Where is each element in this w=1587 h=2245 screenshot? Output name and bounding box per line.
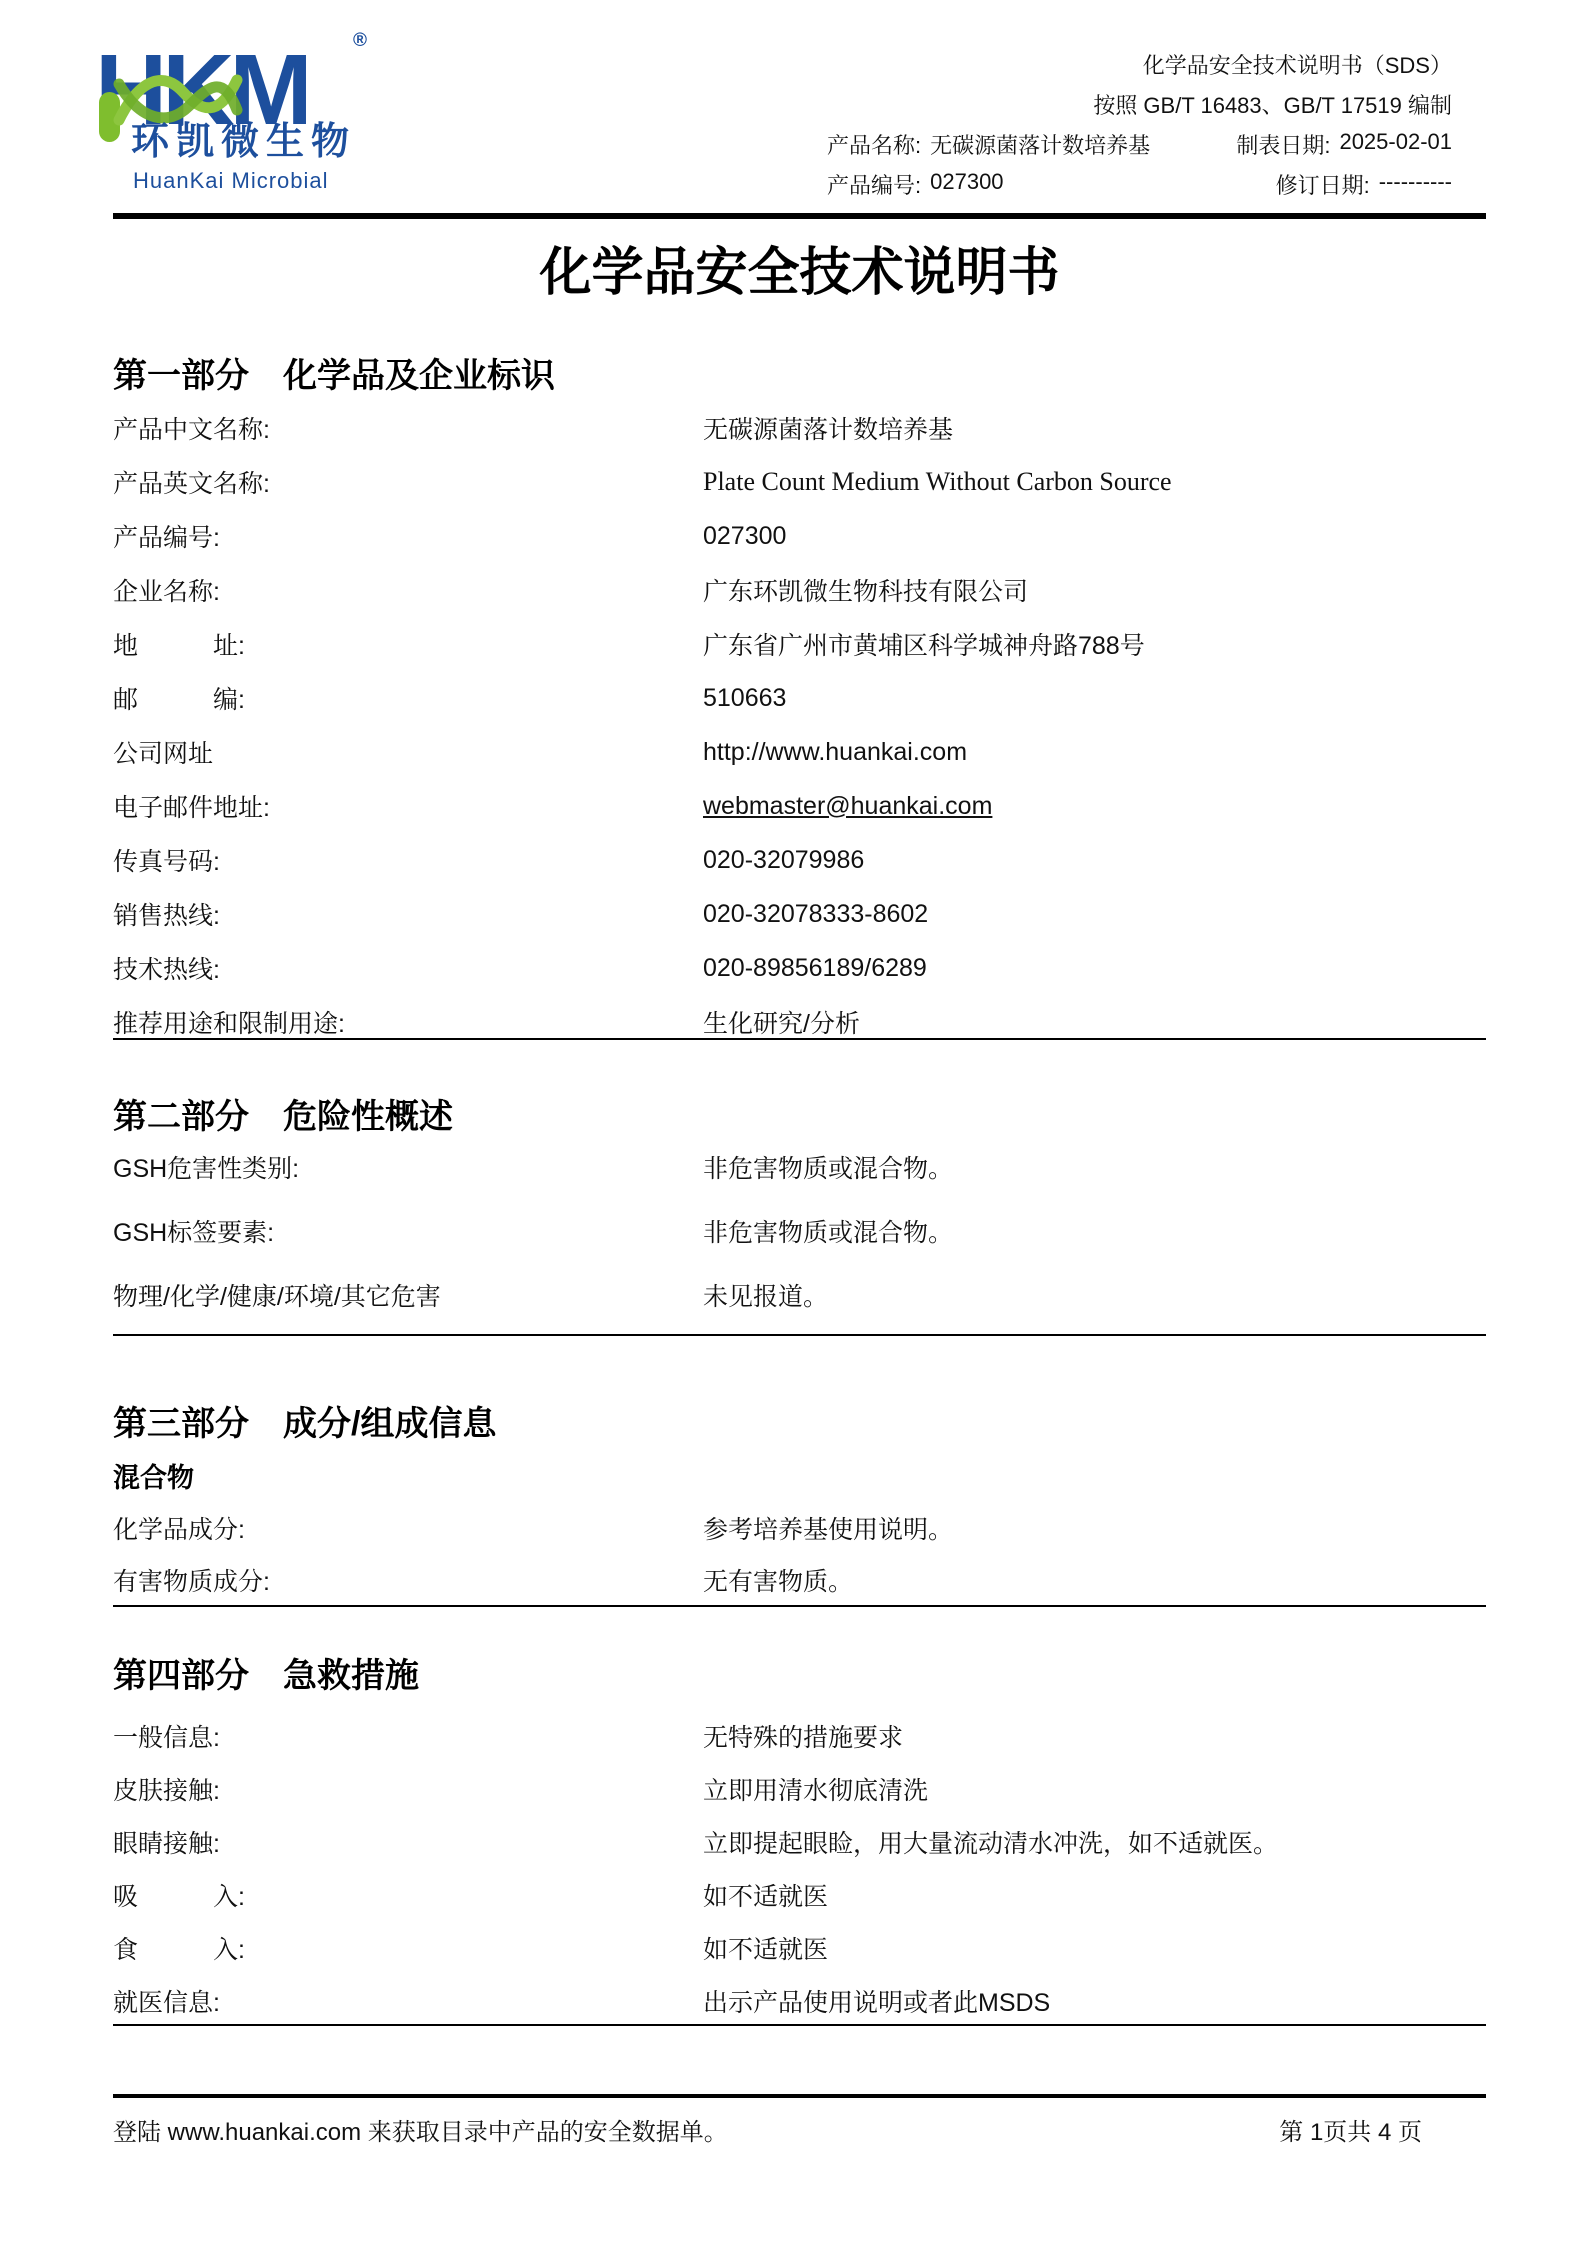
header-product-code: 产品编号: 027300 [827,169,1004,200]
header-revised-label: 修订日期: [1276,169,1370,200]
header-product-name-value: 无碳源菌落计数培养基 [930,129,1150,160]
header-info-block: 化学品安全技术说明书（SDS） 按照 GB/T 16483、GB/T 17519… [827,44,1452,204]
page-footer: 登陆 www.huankai.com 来获取目录中产品的安全数据单。 第 1页共… [113,2112,1486,2147]
field-value: 立即提起眼睑，用大量流动清水冲洗，如不适就医。 [703,1824,1486,1860]
field-value: 如不适就医 [703,1930,1486,1966]
field-value: 020-89856189/6289 [703,954,1486,983]
field-value: 未见报道。 [703,1277,1486,1313]
section-divider [113,1038,1486,1040]
field-row: 技术热线: 020-89856189/6289 [113,941,1486,995]
field-row: 一般信息: 无特殊的措施要求 [113,1709,1486,1762]
section-3-heading: 第三部分 成分/组成信息 [113,1398,496,1442]
company-website: http://www.huankai.com [703,738,1486,767]
field-row: 化学品成分: 参考培养基使用说明。 [113,1502,1486,1554]
header-revised-value: ---------- [1379,169,1452,200]
field-label: 技术热线: [113,950,703,986]
field-row: GSH危害性类别: 非危害物质或混合物。 [113,1135,1486,1199]
section-3-rows: 化学品成分: 参考培养基使用说明。 有害物质成分: 无有害物质。 [113,1502,1486,1606]
logo-name-cn: 环凯微生物 [131,122,356,164]
field-label: 皮肤接触: [113,1771,703,1807]
field-label: 食 入: [113,1930,703,1966]
field-label: 产品中文名称: [113,410,703,446]
section-2-rows: GSH危害性类别: 非危害物质或混合物。 GSH标签要素: 非危害物质或混合物。… [113,1135,1486,1327]
field-label: 一般信息: [113,1718,703,1754]
field-label: GSH标签要素: [113,1213,703,1249]
page-title: 化学品安全技术说明书 [113,230,1486,305]
field-label: 物理/化学/健康/环境/其它危害 [113,1277,703,1313]
page-number: 第 1页共 4 页 [1279,2112,1422,2147]
field-label: 就医信息: [113,1983,703,2019]
field-label: 邮 编: [113,680,703,716]
field-value: 020-32079986 [703,846,1486,875]
field-label: 推荐用途和限制用途: [113,1004,703,1040]
header-product-name: 产品名称: 无碳源菌落计数培养基 [827,129,1150,160]
field-label: 地 址: [113,626,703,662]
field-row: 产品英文名称: Plate Count Medium Without Carbo… [113,455,1486,509]
header-standard-row: 按照 GB/T 16483、GB/T 17519 编制 [827,84,1452,124]
header-revised-date: 修订日期: ---------- [1276,169,1452,200]
section-3-subheading: 混合物 [113,1453,194,1497]
header-doc-type-row: 化学品安全技术说明书（SDS） [827,44,1452,84]
header-code-row: 产品编号: 027300 修订日期: ---------- [827,164,1452,204]
header-created-value: 2025-02-01 [1339,129,1452,160]
header-code-value: 027300 [930,169,1003,200]
field-row: 推荐用途和限制用途: 生化研究/分析 [113,995,1486,1049]
field-value: 参考培养基使用说明。 [703,1510,1486,1546]
field-value: 无有害物质。 [703,1562,1486,1598]
field-label: 有害物质成分: [113,1562,703,1598]
section-1-heading: 第一部分 化学品及企业标识 [113,350,555,394]
field-label: 吸 入: [113,1877,703,1913]
header-code-label: 产品编号: [827,169,921,200]
field-row: 就医信息: 出示产品使用说明或者此MSDS [113,1974,1486,2027]
dna-helix-icon [113,70,243,128]
field-row: 传真号码: 020-32079986 [113,833,1486,887]
field-value: 广东省广州市黄埔区科学城神舟路788号 [703,626,1486,662]
section-divider [113,1605,1486,1607]
field-label: 眼睛接触: [113,1824,703,1860]
field-value: 无特殊的措施要求 [703,1718,1486,1754]
field-value: 广东环凯微生物科技有限公司 [703,572,1486,608]
field-row: GSH标签要素: 非危害物质或混合物。 [113,1199,1486,1263]
section-2-heading: 第二部分 危险性概述 [113,1091,453,1135]
footer-divider [113,2094,1486,2098]
field-row: 产品中文名称: 无碳源菌落计数培养基 [113,401,1486,455]
field-value: 出示产品使用说明或者此MSDS [703,1983,1486,2019]
field-value: 无碳源菌落计数培养基 [703,410,1486,446]
section-1-rows: 产品中文名称: 无碳源菌落计数培养基 产品英文名称: Plate Count M… [113,401,1486,1049]
section-4-heading: 第四部分 急救措施 [113,1650,419,1694]
field-label: 化学品成分: [113,1510,703,1546]
field-label: 企业名称: [113,572,703,608]
field-label: 产品编号: [113,518,703,554]
section-divider [113,1334,1486,1336]
field-row: 公司网址 http://www.huankai.com [113,725,1486,779]
header-product-row: 产品名称: 无碳源菌落计数培养基 制表日期: 2025-02-01 [827,124,1452,164]
field-label: GSH危害性类别: [113,1149,703,1185]
logo-name-en: HuanKai Microbial [133,168,329,194]
field-label: 传真号码: [113,842,703,878]
field-row: 物理/化学/健康/环境/其它危害 未见报道。 [113,1263,1486,1327]
company-logo: HKM ® 环凯微生物 HuanKai Microbial [95,18,415,198]
field-value: 非危害物质或混合物。 [703,1149,1486,1185]
field-label: 销售热线: [113,896,703,932]
field-row: 产品编号: 027300 [113,509,1486,563]
registered-mark: ® [353,30,367,52]
field-label: 产品英文名称: [113,464,703,500]
field-label: 公司网址 [113,734,703,770]
field-label: 电子邮件地址: [113,788,703,824]
field-value: 020-32078333-8602 [703,900,1486,929]
section-4-rows: 一般信息: 无特殊的措施要求 皮肤接触: 立即用清水彻底清洗 眼睛接触: 立即提… [113,1709,1486,2027]
field-row: 食 入: 如不适就医 [113,1921,1486,1974]
footer-note: 登陆 www.huankai.com 来获取目录中产品的安全数据单。 [113,2112,728,2147]
field-value: 如不适就医 [703,1877,1486,1913]
field-value: 510663 [703,684,1486,713]
header-standard: 按照 GB/T 16483、GB/T 17519 编制 [1093,89,1452,120]
header-divider [113,213,1486,219]
email-link[interactable]: webmaster@huankai.com [703,792,1486,821]
header-product-name-label: 产品名称: [827,129,921,160]
field-row: 企业名称: 广东环凯微生物科技有限公司 [113,563,1486,617]
field-value: Plate Count Medium Without Carbon Source [703,467,1486,497]
field-row: 吸 入: 如不适就医 [113,1868,1486,1921]
field-row: 有害物质成分: 无有害物质。 [113,1554,1486,1606]
header-created-label: 制表日期: [1236,129,1330,160]
field-row: 地 址: 广东省广州市黄埔区科学城神舟路788号 [113,617,1486,671]
header-created-date: 制表日期: 2025-02-01 [1236,129,1452,160]
field-row: 销售热线: 020-32078333-8602 [113,887,1486,941]
section-divider [113,2024,1486,2026]
field-value: 027300 [703,522,1486,551]
field-row: 电子邮件地址: webmaster@huankai.com [113,779,1486,833]
field-row: 皮肤接触: 立即用清水彻底清洗 [113,1762,1486,1815]
field-value: 生化研究/分析 [703,1004,1486,1040]
header-doc-type: 化学品安全技术说明书（SDS） [1143,49,1452,80]
field-row: 邮 编: 510663 [113,671,1486,725]
field-value: 非危害物质或混合物。 [703,1213,1486,1249]
field-value: 立即用清水彻底清洗 [703,1771,1486,1807]
field-row: 眼睛接触: 立即提起眼睑，用大量流动清水冲洗，如不适就医。 [113,1815,1486,1868]
sds-document-page: HKM ® 环凯微生物 HuanKai Microbial 化学品安全技术说明书… [0,0,1587,2245]
